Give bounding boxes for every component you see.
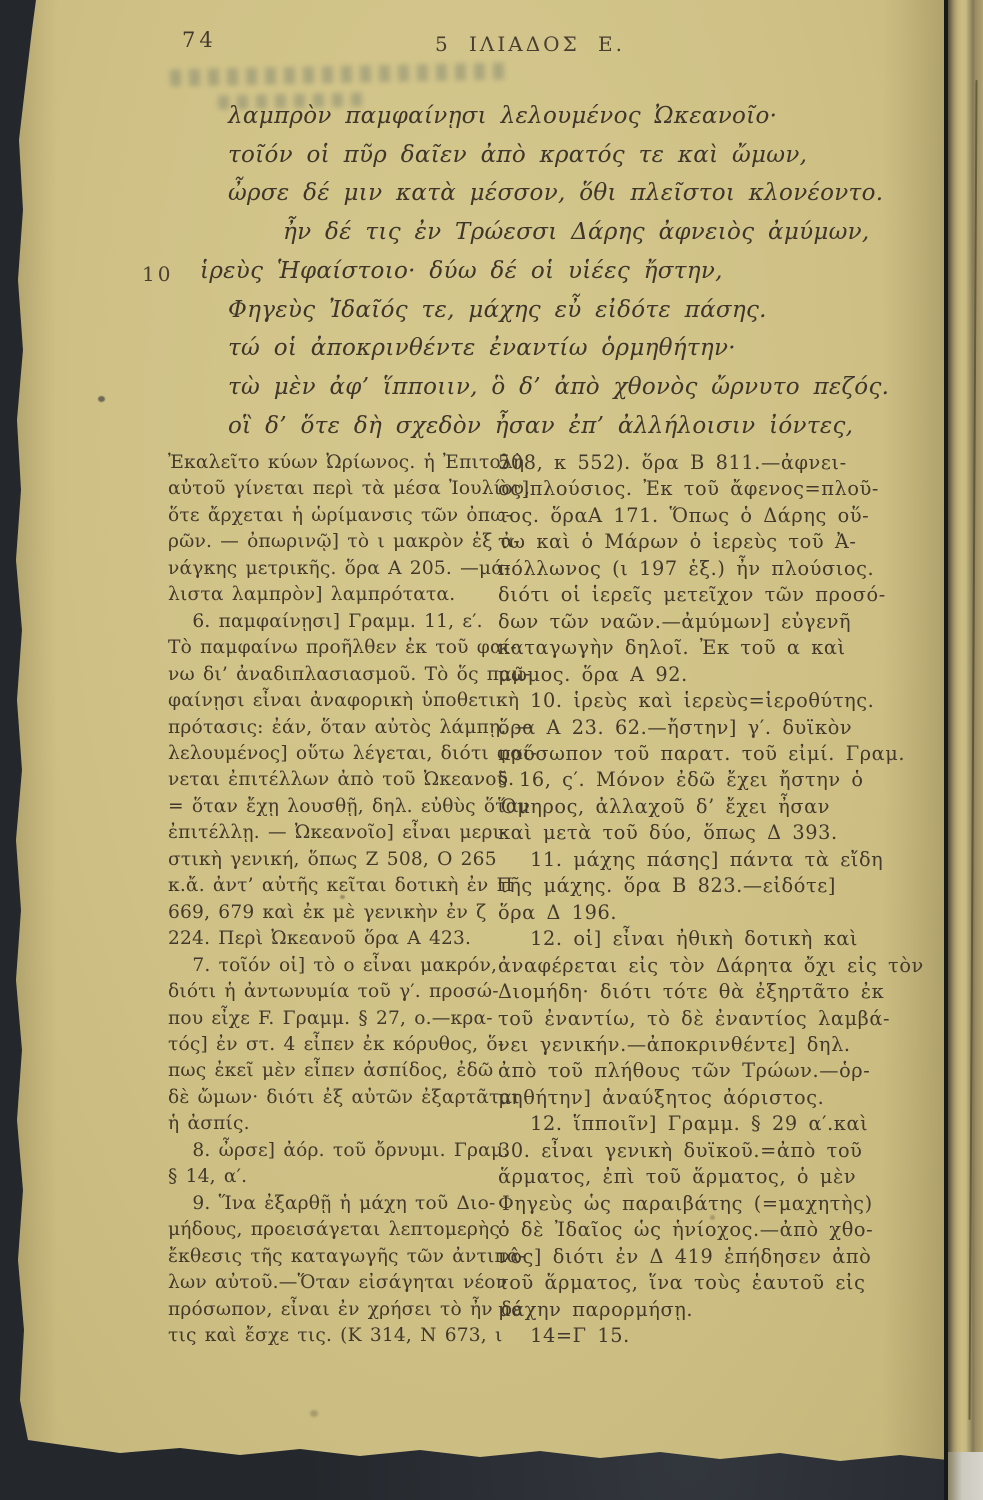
commentary-line: ὸς]πλούσιος. Ἐκ τοῦ ἄφενος=πλοῦ- bbox=[498, 476, 930, 502]
commentary-line: νεται ἐπιτέλλων ἀπὸ τοῦ Ὠκεανοῦ. bbox=[168, 767, 490, 793]
commentary-line: πως ἐκεῖ μὲν εἶπεν ἀσπίδος, ἐδῶ bbox=[168, 1058, 490, 1084]
commentary-line: λελουμένος] οὕτω λέγεται, διότι φαί- bbox=[168, 741, 490, 767]
commentary-line: 14=Γ 15. bbox=[498, 1323, 930, 1349]
commentary-line: 9. Ἵνα ἐξαρθῇ ἡ μάχη τοῦ Διο- bbox=[168, 1191, 490, 1217]
book-page: 74 5 ΙΛΙΑΔΟΣ Ε. λαμπρὸν παμφαίνῃσι λελου… bbox=[10, 0, 948, 1468]
commentary-line: λιστα λαμπρὸν] λαμπρότατα. bbox=[168, 582, 490, 608]
commentary-line: ἐπιτέλλῃ. — Ὠκεανοῖο] εἶναι μερι- bbox=[168, 820, 490, 846]
commentary-line: πρότασις: ἐάν, ὅταν αὐτὸς λάμπῃ. — bbox=[168, 715, 490, 741]
verse-text: ὦρσε δέ μιν κατὰ μέσσον, ὅθι πλεῖστοι κλ… bbox=[228, 180, 883, 206]
paper-speck bbox=[710, 1215, 715, 1220]
poem-line: οἳ δ’ ὅτε δὴ σχεδὸν ἦσαν ἐπ’ ἀλλήλοισιν … bbox=[228, 407, 889, 446]
commentary-line: στικὴ γενική, ὅπως Ζ 508, Ο 265 bbox=[168, 847, 490, 873]
commentary-line: που εἶχε F. Γραμμ. § 27, ο.—κρα- bbox=[168, 1006, 490, 1032]
verse-text: ἦν δέ τις ἐν Τρώεσσι Δάρης ἀφνειὸς ἀμύμω… bbox=[283, 219, 870, 245]
poem-line: ὦρσε δέ μιν κατὰ μέσσον, ὅθι πλεῖστοι κλ… bbox=[228, 174, 889, 213]
commentary-line: 10. ἱρεὺς καὶ ἱερεὺς=ἱεροθύτης. bbox=[498, 688, 930, 714]
homeric-verse-block: λαμπρὸν παμφαίνῃσι λελουμένος Ὠκεανοῖο· … bbox=[228, 97, 889, 445]
commentary-line: ἀπὸ τοῦ πλήθους τῶν Τρώων.—ὁρ- bbox=[498, 1058, 930, 1084]
commentary-line: λων αὐτοῦ.—Ὅταν εἰσάγηται νέον bbox=[168, 1270, 490, 1296]
book-fore-edge-strip bbox=[944, 0, 983, 1500]
poem-line: τὼ μὲν ἀφ’ ἵπποιιν, ὃ δ’ ἀπὸ χθονὸς ὤρνυ… bbox=[228, 368, 889, 407]
ink-bleed-stamp bbox=[170, 62, 510, 86]
commentary-line: τοῦ ἐναντίω, τὸ δὲ ἐναντίος λαμβά- bbox=[498, 1006, 930, 1032]
commentary-line: πόλλωνος (ι 197 ἑξ.) ἦν πλούσιος. bbox=[498, 556, 930, 582]
commentary-column-left: Ἐκαλεῖτο κύων Ὠρίωνος. ἡ Ἐπιτολὴαὐτοῦ γί… bbox=[168, 450, 490, 1349]
commentary-line: νάγκης μετρικῆς. ὅρα Α 205. —μά- bbox=[168, 556, 490, 582]
commentary-line: τός] ἐν στ. 4 εἶπεν ἐκ κόρυθος, ὅ- bbox=[168, 1032, 490, 1058]
verse-text: τὼ μὲν ἀφ’ ἵπποιιν, ὃ δ’ ἀπὸ χθονὸς ὤρνυ… bbox=[228, 374, 889, 400]
commentary-line: νει γενικήν.—ἀποκρινθέντε] δηλ. bbox=[498, 1032, 930, 1058]
poem-line: Φηγεὺς Ἰδαῖός τε, μάχης εὖ εἰδότε πάσης. bbox=[228, 291, 889, 330]
verse-text: Φηγεὺς Ἰδαῖός τε, μάχης εὖ εἰδότε πάσης. bbox=[228, 297, 767, 323]
commentary-line: μήδους, προεισάγεται λεπτομερὴς bbox=[168, 1217, 490, 1243]
commentary-line: 11. μάχης πάσης] πάντα τὰ εἴδη bbox=[498, 847, 930, 873]
commentary-line: ἀναφέρεται εἰς τὸν Δάρητα ὄχι εἰς τὸν bbox=[498, 953, 930, 979]
scanned-book-photo: { "page": { "number": "74", "header": "5… bbox=[0, 0, 983, 1500]
commentary-line: ὁ δὲ Ἰδαῖος ὡς ἡνίοχος.—ἀπὸ χθο- bbox=[498, 1217, 930, 1243]
commentary-line: διότι ἡ ἀντωνυμία τοῦ γ′. προσώ- bbox=[168, 979, 490, 1005]
commentary-line: κ.ἄ. ἀντ’ αὐτῆς κεῖται δοτικὴ ἐν Π bbox=[168, 873, 490, 899]
commentary-line: αὐτοῦ γίνεται περὶ τὰ μέσα Ἰουλίου, bbox=[168, 476, 490, 502]
commentary-line: ρῶν. — ὀπωρινῷ] τὸ ι μακρὸν ἐξ ἀ- bbox=[168, 529, 490, 555]
paper-speck bbox=[340, 895, 345, 899]
page-stack-corner bbox=[948, 1452, 983, 1500]
commentary-line: ἅρματος, ἐπὶ τοῦ ἅρματος, ὁ μὲν bbox=[498, 1164, 930, 1190]
commentary-line: 12. οἱ] εἶναι ἠθικὴ δοτικὴ καὶ bbox=[498, 926, 930, 952]
commentary-line: νὸς] διότι ἐν Δ 419 ἐπήδησεν ἀπὸ bbox=[498, 1244, 930, 1270]
verse-text: τοῖόν οἱ πῦρ δαῖεν ἀπὸ κρατός τε καὶ ὤμω… bbox=[228, 142, 807, 168]
commentary-line: δων τῶν ναῶν.—ἀμύμων] εὐγενῆ bbox=[498, 609, 930, 635]
commentary-line: 6. παμφαίνῃσι] Γραμμ. 11, ε′. bbox=[168, 609, 490, 635]
poem-line: 10 ἱρεὺς Ἡφαίστοιο· δύω δέ οἱ υἱέες ἤστη… bbox=[200, 252, 889, 291]
commentary-line: νω δι’ ἀναδιπλασιασμοῦ. Τὸ ὅς παμ- bbox=[168, 662, 490, 688]
running-header: 5 ΙΛΙΑΔΟΣ Ε. bbox=[150, 32, 910, 56]
commentary-line: τις καὶ ἔσχε τις. (Κ 314, Ν 673, ι bbox=[168, 1323, 490, 1349]
commentary-line: ὅρα Δ 196. bbox=[498, 900, 930, 926]
verse-text: λαμπρὸν παμφαίνῃσι λελουμένος Ὠκεανοῖο· bbox=[228, 103, 777, 129]
poem-line: ἦν δέ τις ἐν Τρώεσσι Δάρης ἀφνειὸς ἀμύμω… bbox=[283, 213, 889, 252]
commentary-column-right: 508, κ 552). ὅρα Β 811.—ἀφνει-ὸς]πλούσιο… bbox=[498, 450, 930, 1349]
commentary-line: = ὅταν ἔχῃ λουσθῇ, δηλ. εὐθὺς ὅταν bbox=[168, 794, 490, 820]
commentary-line: 508, κ 552). ὅρα Β 811.—ἀφνει- bbox=[498, 450, 930, 476]
poem-line: λαμπρὸν παμφαίνῃσι λελουμένος Ὠκεανοῖο· bbox=[228, 97, 889, 136]
commentary-line: § 14, α′. bbox=[168, 1164, 490, 1190]
commentary-line: Ἐκαλεῖτο κύων Ὠρίωνος. ἡ Ἐπιτολὴ bbox=[168, 450, 490, 476]
commentary-line: μηθήτην] ἀναύξητος ἀόριστος. bbox=[498, 1085, 930, 1111]
commentary-line: πρόσωπον, εἶναι ἐν χρήσει τὸ ἦν δέ bbox=[168, 1297, 490, 1323]
commentary-line: πρόσωπον τοῦ παρατ. τοῦ εἰμί. Γραμ. bbox=[498, 741, 930, 767]
commentary-line: Διομήδη· διότι τότε θὰ ἐξηρτᾶτο ἐκ bbox=[498, 979, 930, 1005]
verse-text: τώ οἱ ἀποκρινθέντε ἐναντίω ὁρμηθήτην· bbox=[228, 335, 736, 361]
commentary-line: τω καὶ ὁ Μάρων ὁ ἱερεὺς τοῦ Ἀ- bbox=[498, 529, 930, 555]
commentary-line: Τὸ παμφαίνω προῆλθεν ἐκ τοῦ φαί- bbox=[168, 635, 490, 661]
commentary-line: τῆς μάχης. ὅρα Β 823.—εἰδότε] bbox=[498, 873, 930, 899]
verse-text: ἱρεὺς Ἡφαίστοιο· δύω δέ οἱ υἱέες ἤστην, bbox=[200, 258, 723, 284]
commentary-line: καὶ μετὰ τοῦ δύο, ὅπως Δ 393. bbox=[498, 820, 930, 846]
commentary-line: καταγωγὴν δηλοῖ. Ἐκ τοῦ α καὶ bbox=[498, 635, 930, 661]
paper-speck bbox=[98, 396, 105, 402]
commentary-line: τος. ὅραΑ 171. Ὅπως ὁ Δάρης οὕ- bbox=[498, 503, 930, 529]
commentary-line: 669, 679 καὶ ἐκ μὲ γενικὴν ἐν ζ bbox=[168, 900, 490, 926]
commentary-line: μάχην παρορμήσῃ. bbox=[498, 1297, 930, 1323]
commentary-line: δὲ ὤμων· διότι ἐξ αὐτῶν ἐξαρτᾶται bbox=[168, 1085, 490, 1111]
commentary-line: 7. τοῖόν οἱ] τὸ ο εἶναι μακρόν, bbox=[168, 953, 490, 979]
poem-line: τώ οἱ ἀποκρινθέντε ἐναντίω ὁρμηθήτην· bbox=[228, 329, 889, 368]
poem-line: τοῖόν οἱ πῦρ δαῖεν ἀπὸ κρατός τε καὶ ὤμω… bbox=[228, 136, 889, 175]
commentary-line: ἡ ἀσπίς. bbox=[168, 1111, 490, 1137]
commentary-line: 224. Περὶ Ὠκεανοῦ ὅρα Α 423. bbox=[168, 926, 490, 952]
commentary-line: μῶμος. ὅρα Α 92. bbox=[498, 662, 930, 688]
commentary-line: ἔκθεσις τῆς καταγωγῆς τῶν ἀντιπά- bbox=[168, 1244, 490, 1270]
commentary-line: 8. ὦρσε] ἀόρ. τοῦ ὄρνυμι. Γραμ. bbox=[168, 1138, 490, 1164]
commentary-line: § 16, ς′. Μόνον ἐδῶ ἔχει ἤστην ὁ bbox=[498, 767, 930, 793]
verse-line-number: 10 bbox=[142, 255, 173, 294]
commentary-line: 12. ἵπποιῖν] Γραμμ. § 29 α′.καὶ bbox=[498, 1111, 930, 1137]
paper-speck bbox=[310, 1410, 318, 1417]
commentary-line: τοῦ ἅρματος, ἵνα τοὺς ἑαυτοῦ εἰς bbox=[498, 1270, 930, 1296]
commentary-line: Φηγεὺς ὡς παραιβάτης (=μαχητὴς) bbox=[498, 1191, 930, 1217]
verse-text: οἳ δ’ ὅτε δὴ σχεδὸν ἦσαν ἐπ’ ἀλλήλοισιν … bbox=[228, 413, 853, 439]
commentary-line: Ὅμηρος, ἀλλαχοῦ δ’ ἔχει ἦσαν bbox=[498, 794, 930, 820]
commentary-line: ὅτε ἄρχεται ἡ ὡρίμανσις τῶν ὀπω- bbox=[168, 503, 490, 529]
commentary-line: 30. εἶναι γενικὴ δυϊκοῦ.=ἀπὸ τοῦ bbox=[498, 1138, 930, 1164]
commentary-line: διότι οἱ ἱερεῖς μετεῖχον τῶν προσό- bbox=[498, 582, 930, 608]
commentary-line: φαίνῃσι εἶναι ἀναφορικὴ ὑποθετικὴ bbox=[168, 688, 490, 714]
commentary-line: ὅρα Α 23. 62.—ἤστην] γ′. δυϊκὸν bbox=[498, 715, 930, 741]
